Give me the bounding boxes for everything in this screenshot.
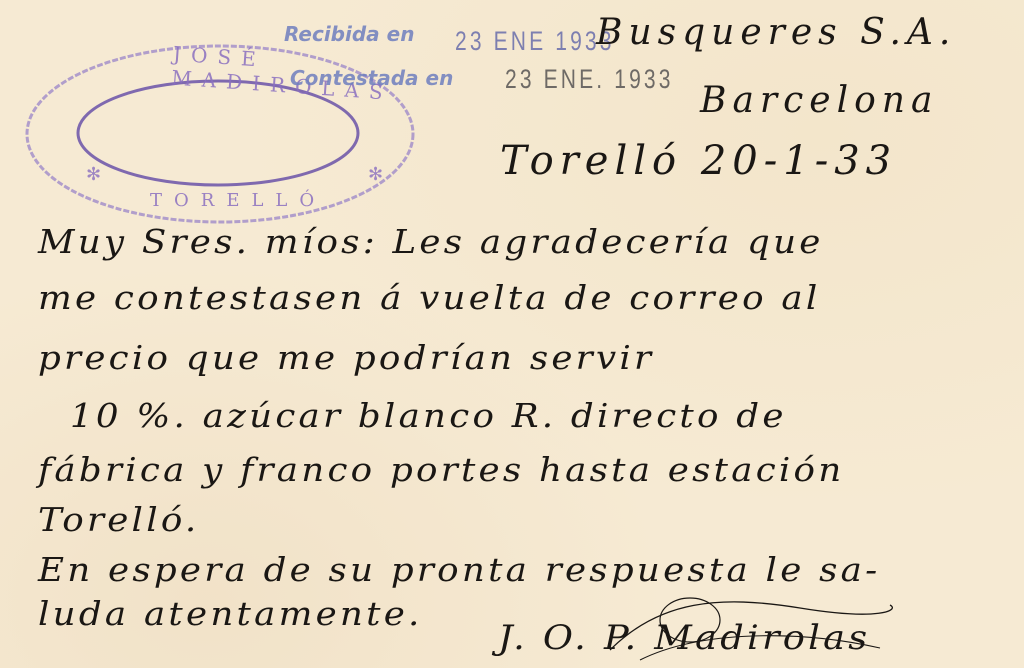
answered-label: Contestada en [290,66,453,90]
body-line: 10 %. azúcar blanco R. directo de [70,396,787,435]
body-line: luda atentamente. [38,594,423,633]
stamp-bottom-text: TORELLÓ [150,190,326,211]
stamp-star-icon: ✻ [368,164,383,185]
signature: J. O. P. Madirolas [498,618,870,658]
received-date: 23 ENE 1933 [455,26,615,57]
body-line: Torelló. [38,500,199,539]
body-line: fábrica y franco portes hasta estación [38,450,844,489]
answered-date: 23 ENE. 1933 [505,64,674,95]
body-line: precio que me podrían servir [38,338,654,377]
recipient-name: Busqueres S.A. [596,12,956,53]
received-label: Recibida en [284,22,414,46]
body-line: Muy Sres. míos: Les agradecería que [38,222,824,261]
recipient-city: Barcelona [700,80,938,121]
stamp-star-icon: ✻ [86,164,101,185]
dateline: Torelló 20-1-33 [500,138,897,184]
body-line: En espera de su pronta respuesta le sa- [38,550,880,589]
postcard: JOSÉ MADIROLAS TORELLÓ ✻ ✻ Recibida en 2… [0,0,1024,668]
body-line: me contestasen á vuelta de correo al [38,278,820,317]
